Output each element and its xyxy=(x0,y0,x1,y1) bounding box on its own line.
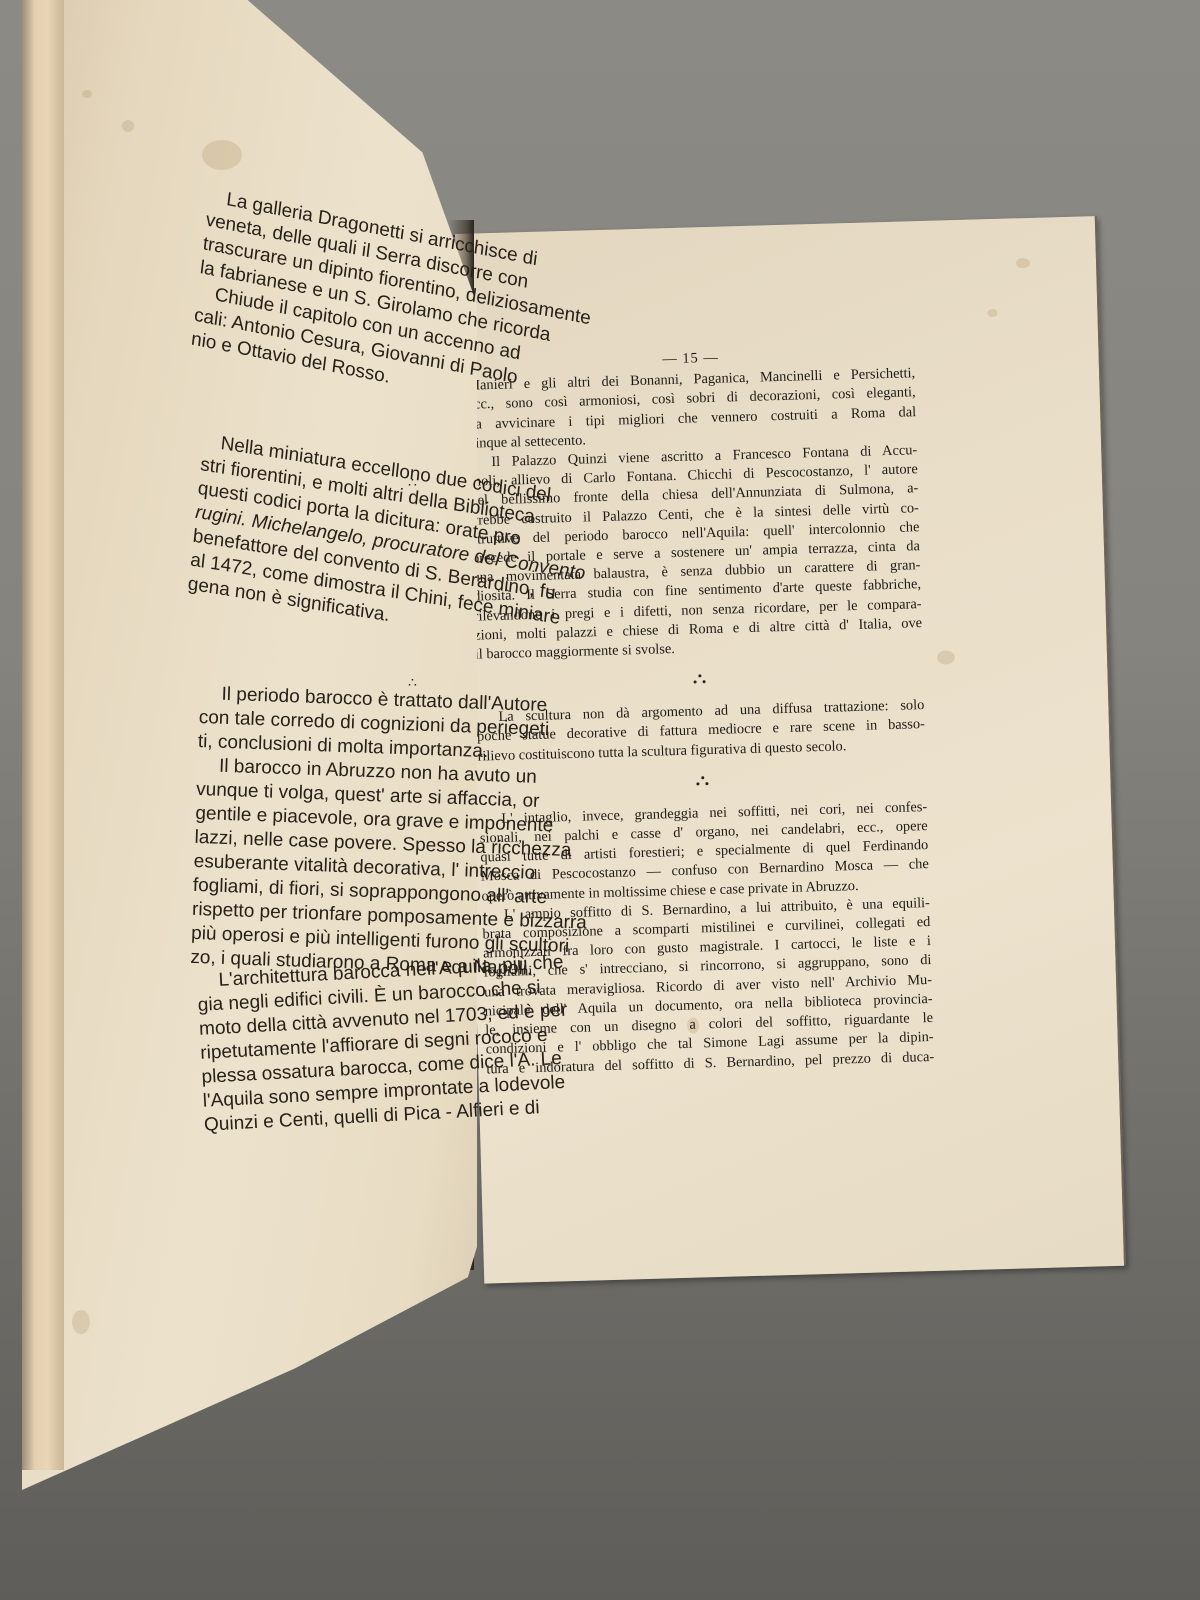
asterism-icon xyxy=(696,776,708,788)
paper-stain xyxy=(82,90,92,98)
asterism-icon xyxy=(693,674,705,686)
page-edge-stack xyxy=(22,0,64,1470)
page-14-paragraph-architettura: L'architettura barocca nell'Aquila, più … xyxy=(196,951,573,1138)
paper-stain xyxy=(987,309,997,317)
page-14-paragraph-barocco: Il periodo barocco è trattato dall'Autor… xyxy=(190,682,595,984)
paper-stain xyxy=(937,650,955,664)
paper-stain xyxy=(72,1310,90,1334)
section-separator-icon: ∴ xyxy=(408,475,417,492)
paper-stain xyxy=(202,140,242,170)
paper-stain xyxy=(1016,258,1030,268)
paper-stain xyxy=(122,120,134,132)
photo-scene: — 15 — Manieri e gli altri dei Bonanni, … xyxy=(0,0,1200,1600)
